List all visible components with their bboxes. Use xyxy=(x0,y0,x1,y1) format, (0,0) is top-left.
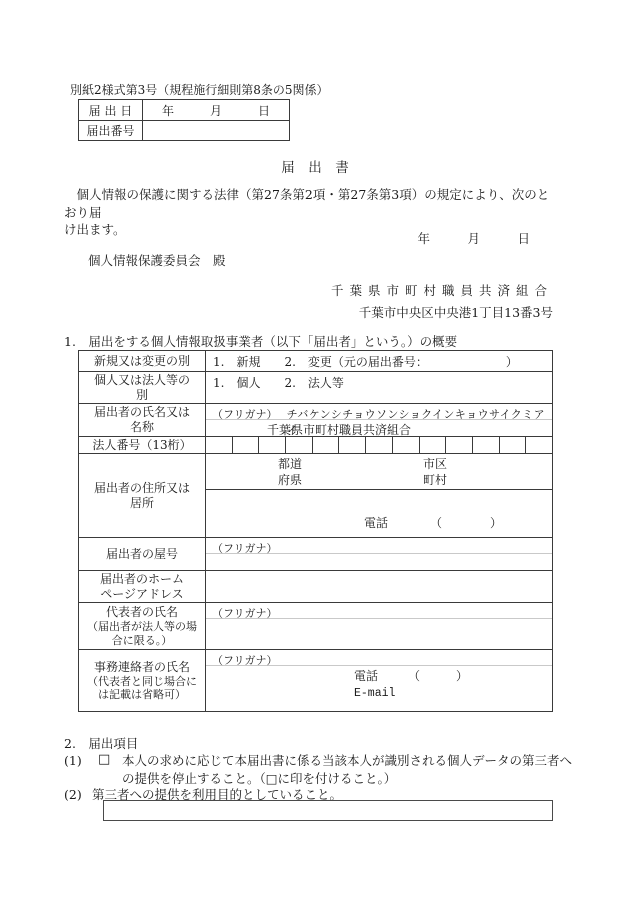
corporate-number-cell[interactable] xyxy=(472,437,499,453)
item1-checkbox[interactable]: □ xyxy=(98,752,110,767)
row-name-furigana-line: （フリガナ） チバケンシチョウソンショクインキョウサイクミアイ xyxy=(206,404,552,420)
corporate-number-cell[interactable] xyxy=(499,437,526,453)
row-person-type-options: 1. 個人 2. 法人等 xyxy=(206,372,552,391)
municipality-label: 市区 町村 xyxy=(413,456,457,488)
row-corporate-number: 法人番号（13桁） xyxy=(79,436,552,453)
row-address-value: 都道 府県 市区 町村 電話 （ ） xyxy=(206,454,552,537)
corporate-number-cell[interactable] xyxy=(365,437,392,453)
row-person-type-label: 個人又は法人等の 別 xyxy=(79,372,206,403)
item1-number: (1) xyxy=(64,753,82,768)
row-contact: 事務連絡者の氏名 （代表者と同じ場合に は記載は省略可） （フリガナ） 電話 （… xyxy=(79,649,552,711)
submission-date-label: 届 出 日 xyxy=(79,100,143,120)
contact-label-note: （代表者と同じ場合に は記載は省略可） xyxy=(87,675,197,702)
organization-name: 千葉県市町村職員共済組合 xyxy=(78,281,553,299)
furigana-text: チバケンシチョウソンショクインキョウサイクミアイ xyxy=(287,406,552,419)
corporate-number-cell[interactable] xyxy=(312,437,339,453)
representative-label-note: （届出者が法人等の場 合に限る。） xyxy=(87,620,197,647)
row-homepage-value xyxy=(206,571,552,602)
page-title: 届 出 書 xyxy=(0,156,630,176)
section1-heading: 1. 届出をする個人情報取扱事業者（以下「届出者」という。）の概要 xyxy=(64,332,457,350)
form-reference: 別紙2様式第3号（規程施行細則第8条の5関係） xyxy=(70,81,329,98)
row-contact-label: 事務連絡者の氏名 （代表者と同じ場合に は記載は省略可） xyxy=(79,650,206,711)
representative-label-main: 代表者の氏名 xyxy=(106,605,178,620)
contact-furigana-line: （フリガナ） xyxy=(206,650,552,666)
addressee: 個人情報保護委員会 殿 xyxy=(88,251,226,269)
corporate-number-grid xyxy=(206,437,552,453)
purpose-answer-box[interactable] xyxy=(103,800,553,821)
document-page: 別紙2様式第3号（規程施行細則第8条の5関係） 届 出 日 年 月 日 届出番号… xyxy=(0,0,630,903)
contact-email-label: E-mail xyxy=(354,685,468,702)
row-name-label: 届出者の氏名又は 名称 xyxy=(79,404,206,436)
trade-name-furigana-line: （フリガナ） xyxy=(206,538,552,554)
item2-number: (2) xyxy=(64,787,82,802)
row-kind: 新規又は変更の別 1. 新規 2. 変更（元の届出番号： ） xyxy=(79,351,552,371)
corporate-number-cell[interactable] xyxy=(525,437,552,453)
row-corporate-number-label: 法人番号（13桁） xyxy=(79,437,206,453)
corporate-number-cell[interactable] xyxy=(445,437,472,453)
row-kind-options: 1. 新規 2. 変更（元の届出番号： ） xyxy=(206,351,552,370)
furigana-label: （フリガナ） xyxy=(212,652,277,665)
row-trade-name: 届出者の屋号 （フリガナ） xyxy=(79,537,552,570)
row-contact-value: （フリガナ） 電話 （ ） E-mail xyxy=(206,650,552,711)
furigana-label: （フリガナ） xyxy=(212,406,277,419)
submission-number-row: 届出番号 xyxy=(79,120,289,140)
applicant-name-text: 千葉県市町村職員共済組合 xyxy=(206,420,552,436)
submission-date-value[interactable]: 年 月 日 xyxy=(143,100,289,120)
row-homepage: 届出者のホーム ページアドレス xyxy=(79,570,552,602)
address-prefecture-line: 都道 府県 市区 町村 xyxy=(206,454,552,490)
address-detail-line: 電話 （ ） xyxy=(206,490,552,537)
corporate-number-cell[interactable] xyxy=(232,437,259,453)
furigana-label: （フリガナ） xyxy=(212,605,277,618)
corporate-number-cell[interactable] xyxy=(258,437,285,453)
contact-label-main: 事務連絡者の氏名 xyxy=(94,660,190,675)
corporate-number-cell[interactable] xyxy=(206,437,232,453)
row-address: 届出者の住所又は 居所 都道 府県 市区 町村 電話 （ ） xyxy=(79,453,552,537)
row-name-value: （フリガナ） チバケンシチョウソンショクインキョウサイクミアイ 千葉県市町村職員… xyxy=(206,404,552,436)
row-representative-value: （フリガナ） xyxy=(206,603,552,649)
row-trade-name-label: 届出者の屋号 xyxy=(79,538,206,570)
row-kind-label: 新規又は変更の別 xyxy=(79,351,206,371)
row-kind-value: 1. 新規 2. 変更（元の届出番号： ） xyxy=(206,351,552,371)
submission-date-table: 届 出 日 年 月 日 届出番号 xyxy=(78,99,290,141)
contact-detail-lines: 電話 （ ） E-mail xyxy=(354,668,468,702)
row-trade-name-value: （フリガナ） xyxy=(206,538,552,570)
contact-telephone: 電話 （ ） xyxy=(354,668,468,685)
corporate-number-cell[interactable] xyxy=(419,437,446,453)
row-person-type: 個人又は法人等の 別 1. 個人 2. 法人等 xyxy=(79,371,552,403)
corporate-number-cell[interactable] xyxy=(285,437,312,453)
address-telephone: 電話 （ ） xyxy=(364,514,502,531)
corporate-number-cell[interactable] xyxy=(392,437,419,453)
row-address-label: 届出者の住所又は 居所 xyxy=(79,454,206,537)
row-corporate-number-value xyxy=(206,437,552,453)
corporate-number-cell[interactable] xyxy=(338,437,365,453)
overview-table: 新規又は変更の別 1. 新規 2. 変更（元の届出番号： ） 個人又は法人等の … xyxy=(78,350,553,712)
row-representative: 代表者の氏名 （届出者が法人等の場 合に限る。） （フリガナ） xyxy=(79,602,552,649)
section2-heading: 2. 届出項目 xyxy=(64,734,138,752)
furigana-label: （フリガナ） xyxy=(212,540,277,553)
prefecture-label: 都道 府県 xyxy=(268,456,312,488)
representative-furigana-line: （フリガナ） xyxy=(206,603,552,619)
item1-text: 本人の求めに応じて本届出書に係る当該本人が識別される個人データの第三者へ の提供… xyxy=(122,752,572,787)
submission-date-row: 届 出 日 年 月 日 xyxy=(79,100,289,120)
row-representative-label: 代表者の氏名 （届出者が法人等の場 合に限る。） xyxy=(79,603,206,649)
organization-address: 千葉市中央区中央港1丁目13番3号 xyxy=(78,303,553,321)
row-homepage-label: 届出者のホーム ページアドレス xyxy=(79,571,206,602)
date-line: 年 月 日 xyxy=(78,229,530,247)
submission-number-label: 届出番号 xyxy=(79,121,143,140)
submission-number-value[interactable] xyxy=(143,121,289,140)
row-person-type-value: 1. 個人 2. 法人等 xyxy=(206,372,552,403)
row-name: 届出者の氏名又は 名称 （フリガナ） チバケンシチョウソンショクインキョウサイク… xyxy=(79,403,552,436)
